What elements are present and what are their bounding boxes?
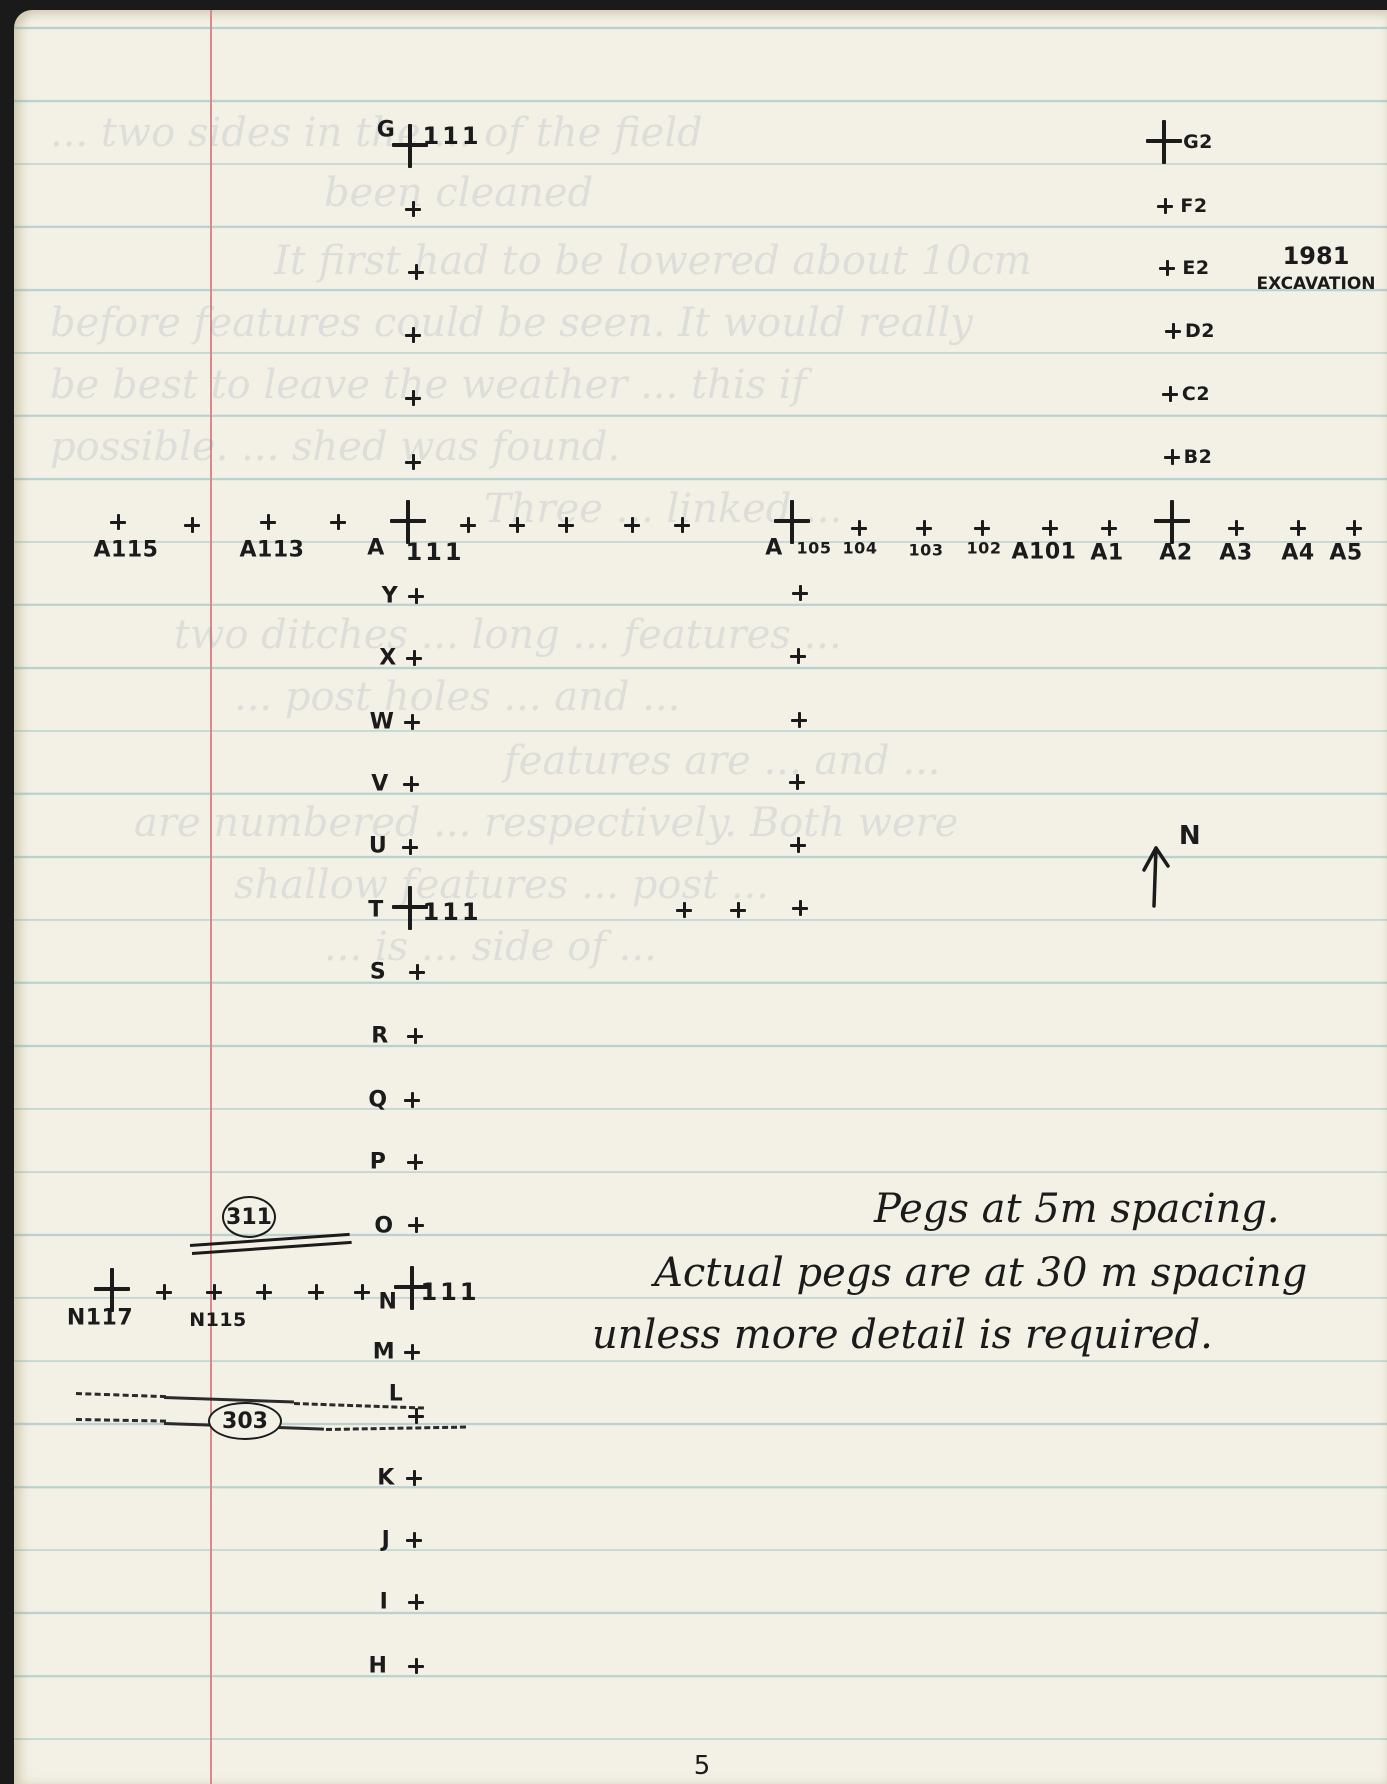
peg-label-103: 103 bbox=[909, 541, 944, 560]
peg-marker bbox=[790, 648, 806, 664]
peg-marker bbox=[406, 1532, 422, 1548]
peg-marker bbox=[308, 1284, 324, 1300]
peg-marker bbox=[1042, 520, 1058, 536]
ghost-text: been cleaned bbox=[324, 170, 593, 216]
peg-marker-major bbox=[774, 500, 810, 544]
note-line-2: Actual pegs are at 30 m spacing bbox=[654, 1250, 1307, 1296]
peg-marker bbox=[1165, 323, 1181, 339]
peg-marker bbox=[509, 517, 525, 533]
peg-marker bbox=[407, 1154, 423, 1170]
peg-marker bbox=[184, 517, 200, 533]
peg-marker bbox=[405, 454, 421, 470]
peg-marker bbox=[406, 1470, 422, 1486]
peg-label-P: P bbox=[370, 1150, 387, 1175]
peg-label-F2: F2 bbox=[1180, 195, 1207, 217]
peg-marker bbox=[408, 1658, 424, 1674]
feature-303-dashed-edge bbox=[76, 1418, 166, 1423]
peg-label-C2: C2 bbox=[1182, 383, 1210, 405]
feature-303-dashed-edge bbox=[326, 1426, 466, 1431]
ghost-text: two ditches ... long ... features ... bbox=[174, 612, 842, 658]
peg-marker bbox=[408, 264, 424, 280]
peg-label-T111: 111 bbox=[422, 898, 481, 926]
peg-marker bbox=[730, 902, 746, 918]
peg-label-A113: A113 bbox=[240, 538, 305, 563]
peg-label-G2: G2 bbox=[1183, 131, 1213, 153]
excavation-title: EXCAVATION bbox=[1246, 274, 1386, 294]
peg-label-A2: A2 bbox=[1159, 541, 1192, 566]
peg-marker bbox=[408, 1594, 424, 1610]
ghost-text: before features could be seen. It would … bbox=[50, 300, 973, 346]
peg-marker bbox=[408, 588, 424, 604]
peg-marker-major bbox=[1154, 500, 1190, 544]
ghost-text: It first had to be lowered about 10cm bbox=[274, 238, 1032, 284]
peg-label-A5: A5 bbox=[1329, 541, 1362, 566]
peg-marker bbox=[408, 1408, 424, 1424]
page-number: 5 bbox=[694, 1751, 711, 1781]
peg-label-X: X bbox=[379, 646, 396, 671]
peg-marker bbox=[260, 514, 276, 530]
peg-marker bbox=[405, 390, 421, 406]
peg-marker bbox=[1346, 520, 1362, 536]
peg-marker bbox=[791, 712, 807, 728]
peg-label-N115: N115 bbox=[189, 1309, 247, 1331]
peg-marker bbox=[354, 1284, 370, 1300]
peg-label-A111-num: 111 bbox=[405, 538, 464, 566]
feature-303-edge bbox=[164, 1396, 294, 1404]
peg-marker bbox=[1290, 520, 1306, 536]
peg-marker bbox=[1159, 260, 1175, 276]
peg-marker bbox=[402, 839, 418, 855]
peg-label-N117: N117 bbox=[67, 1306, 133, 1331]
peg-marker bbox=[1164, 449, 1180, 465]
peg-marker bbox=[407, 1028, 423, 1044]
peg-marker bbox=[1157, 198, 1173, 214]
peg-label-B2: B2 bbox=[1184, 446, 1213, 468]
peg-marker bbox=[409, 964, 425, 980]
peg-label-N111: 111 bbox=[420, 1278, 479, 1306]
peg-label-U: U bbox=[369, 834, 387, 859]
peg-label-Y: Y bbox=[382, 584, 398, 609]
peg-marker bbox=[408, 1217, 424, 1233]
peg-label-L: L bbox=[389, 1382, 404, 1407]
peg-label-O: O bbox=[374, 1214, 393, 1239]
peg-label-A3: A3 bbox=[1219, 541, 1252, 566]
peg-label-A1: A1 bbox=[1090, 541, 1123, 566]
peg-marker bbox=[674, 517, 690, 533]
north-label: N bbox=[1179, 821, 1201, 851]
feature-311-label: 311 bbox=[222, 1196, 276, 1238]
peg-label-J: J bbox=[382, 1528, 391, 1553]
peg-label-S: S bbox=[370, 960, 386, 985]
ghost-text: features are ... and ... bbox=[504, 738, 940, 784]
peg-marker bbox=[792, 900, 808, 916]
notebook-page: ... two sides in the ... of the field be… bbox=[14, 10, 1387, 1784]
peg-label-A101: A101 bbox=[1012, 540, 1077, 565]
peg-marker bbox=[1101, 520, 1117, 536]
peg-label-V: V bbox=[371, 772, 389, 797]
ghost-text: ... post holes ... and ... bbox=[234, 674, 680, 720]
peg-marker bbox=[406, 650, 422, 666]
excavation-label: 1981 EXCAVATION bbox=[1246, 242, 1386, 294]
peg-label-H: H bbox=[369, 1654, 388, 1679]
margin-line bbox=[210, 10, 212, 1784]
peg-marker bbox=[1162, 386, 1178, 402]
peg-label-K: K bbox=[377, 1466, 395, 1491]
peg-label-I: I bbox=[380, 1590, 389, 1615]
peg-label-A105-num: 105 bbox=[797, 539, 832, 558]
excavation-year: 1981 bbox=[1246, 242, 1386, 270]
peg-label-M: M bbox=[373, 1340, 395, 1365]
peg-label-W: W bbox=[370, 710, 395, 735]
peg-label-111: 111 bbox=[422, 122, 481, 150]
note-line-1: Pegs at 5m spacing. bbox=[874, 1186, 1280, 1232]
peg-marker bbox=[851, 520, 867, 536]
peg-marker bbox=[156, 1284, 172, 1300]
peg-label-104: 104 bbox=[843, 539, 878, 558]
peg-label-T: T bbox=[368, 898, 384, 923]
ghost-text: are numbered ... respectively. Both were bbox=[134, 800, 958, 846]
peg-label-E2: E2 bbox=[1182, 257, 1209, 279]
peg-label-R: R bbox=[371, 1024, 388, 1049]
feature-303-dashed-edge bbox=[294, 1402, 424, 1410]
peg-marker bbox=[330, 514, 346, 530]
peg-marker bbox=[405, 201, 421, 217]
feature-303-label: 303 bbox=[208, 1402, 282, 1440]
peg-marker bbox=[558, 517, 574, 533]
peg-marker bbox=[676, 902, 692, 918]
peg-marker bbox=[624, 517, 640, 533]
peg-marker bbox=[789, 774, 805, 790]
peg-marker bbox=[460, 517, 476, 533]
note-line-3: unless more detail is required. bbox=[592, 1312, 1213, 1358]
peg-marker bbox=[916, 520, 932, 536]
peg-marker bbox=[403, 776, 419, 792]
peg-marker-major bbox=[1146, 120, 1182, 164]
peg-marker bbox=[256, 1284, 272, 1300]
peg-marker bbox=[404, 1344, 420, 1360]
ghost-text: be best to leave the weather ... this if bbox=[50, 362, 806, 408]
peg-label-A4: A4 bbox=[1281, 541, 1314, 566]
peg-label-A115: A115 bbox=[94, 538, 159, 563]
peg-marker bbox=[206, 1284, 222, 1300]
ghost-text: possible. ... shed was found. bbox=[50, 424, 620, 470]
peg-marker bbox=[404, 714, 420, 730]
peg-marker bbox=[792, 585, 808, 601]
feature-303-dashed-edge bbox=[76, 1392, 166, 1398]
peg-marker bbox=[790, 837, 806, 853]
peg-label-A111-prefix: A bbox=[367, 536, 385, 561]
peg-marker bbox=[404, 1092, 420, 1108]
peg-label-D2: D2 bbox=[1185, 320, 1215, 342]
peg-marker bbox=[110, 514, 126, 530]
peg-label-102: 102 bbox=[967, 539, 1002, 558]
peg-label-Q: Q bbox=[368, 1088, 387, 1113]
peg-marker bbox=[974, 520, 990, 536]
peg-marker bbox=[1228, 520, 1244, 536]
peg-marker bbox=[405, 327, 421, 343]
